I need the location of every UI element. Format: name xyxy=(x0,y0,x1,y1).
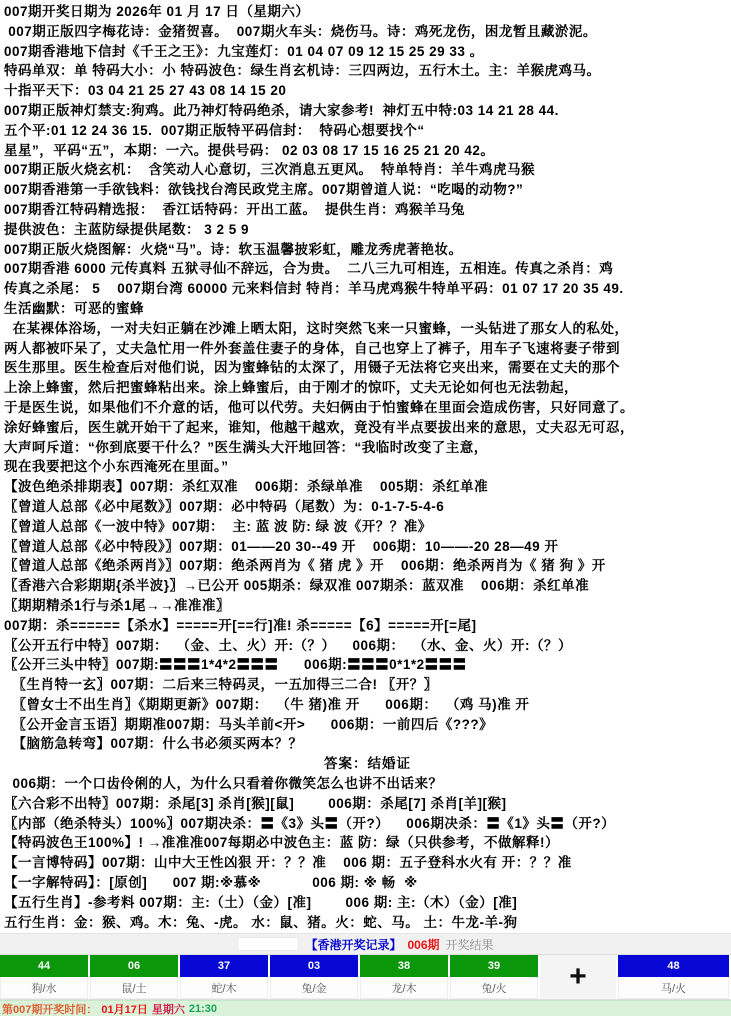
text-line: 星星”，平码“五”，本期：一六。提供号码： 02 03 08 17 15 16 … xyxy=(4,141,731,161)
ball-zodiac-element: 龙/木 xyxy=(360,977,448,999)
result-ball: 48马/火 xyxy=(618,955,731,999)
ball-number: 06 xyxy=(90,955,178,977)
ball-number: 38 xyxy=(360,955,448,977)
text-line: 【一字解特码】：[原创] 007 期:※慕※ 006 期: ※ 畅 ※ xyxy=(4,873,731,893)
text-line: 〖曾道人总部《一波中特》007期： 主: 蓝 波 防: 绿 波《开？？准》 xyxy=(4,517,731,537)
text-line: 007期正版神灯禁支:狗鸡。此乃神灯特码绝杀，请大家参考! 神灯五中特:03 1… xyxy=(4,101,731,121)
text-line: 007期正版四字梅花诗：金猪贺喜。 007期火车头：烧伤马。诗：鸡死龙伤，困龙暂… xyxy=(4,22,731,42)
text-line: 特码单双：单 特码大小：小 特码波色：绿生肖玄机诗：三四两边，五行木土。主：羊猴… xyxy=(4,61,731,81)
text-line: 五行生肖：金：猴、鸡。木：兔、-虎。 水：鼠、猪。火：蛇、马。 土：牛龙-羊-狗 xyxy=(4,913,731,933)
text-line: 在某裸体浴场，一对夫妇正躺在沙滩上晒太阳，这时突然飞来一只蜜蜂，一头钻进了那女人… xyxy=(4,319,731,339)
text-line: 于是医生说，如果他们不介意的话，他可以代劳。夫妇俩由于怕蜜蜂在里面会造成伤害，只… xyxy=(4,398,731,418)
result-ball: 38龙/木 xyxy=(360,955,450,999)
text-line: 〖内部（绝杀特头）100%〗007期决杀：〓《3》头〓（开?） 006期决杀：〓… xyxy=(4,814,731,834)
text-line: 【特码波色王100%】! →准准准007每期必中波色主：蓝 防：绿（只供参考，不… xyxy=(4,833,731,853)
text-line: 007期正版火烧图解：火烧“马”。诗：软玉温馨披彩虹，雕龙秀虎著艳妆。 xyxy=(4,240,731,260)
text-line: 007期开奖日期为 2026年 01 月 17 日（星期六） xyxy=(4,2,731,22)
result-ball: 37蛇/木 xyxy=(180,955,270,999)
text-line: 【脑筋急转弯】007期：什么书必须买两本？？ xyxy=(4,734,731,754)
text-line: 〖曾道人总部《必中特段》〗007期：01——20 30--49 开 006期：1… xyxy=(4,537,731,557)
text-line: 007期香港地下信封《千王之王》：九宝莲灯：01 04 07 09 12 15 … xyxy=(4,42,731,62)
lottery-tips-text: 007期开奖日期为 2026年 01 月 17 日（星期六） 007期正版四字梅… xyxy=(0,0,731,933)
record-issue: 006期 xyxy=(407,936,439,953)
text-line: 答案：结婚证 xyxy=(4,754,731,774)
result-ball: 44狗/水 xyxy=(0,955,90,999)
text-line: 上涂上蜂蜜，然后把蜜蜂粘出来。涂上蜂蜜后，由于刚才的惊吓，丈夫无论如何也无法勃起… xyxy=(4,378,731,398)
next-draw-prefix: 第007期开奖时间： xyxy=(2,1001,97,1016)
next-draw-date: 01月17日 xyxy=(101,1001,147,1016)
text-line: 医生那里。医生检查后对他们说，因为蜜蜂钻的太深了，用镊子无法将它夹出来，需要在丈… xyxy=(4,358,731,378)
next-draw-footer: 第007期开奖时间： 01月17日 星期六 21:30 xyxy=(0,1000,731,1016)
result-ball: 39兔/火 xyxy=(450,955,540,999)
text-line: 〖公开金言玉语〗期期准007期：马头羊前<开> 006期：一前四后《???》 xyxy=(4,715,731,735)
text-line: 【五行生肖】-参考料 007期：主:（土）（金）[准] 006 期: 主:（木）… xyxy=(4,893,731,913)
plus-icon: + xyxy=(540,955,618,999)
text-line: 大声呵斥道：“你到底要干什么？”医生满头大汗地回答：“我临时改变了主意， xyxy=(4,438,731,458)
result-ball: 03兔/金 xyxy=(270,955,360,999)
ball-zodiac-element: 鼠/土 xyxy=(90,977,178,999)
text-line: 007期香港 6000 元传真料 五狱寻仙不辞远，合为贵。 二八三九可相连，五相… xyxy=(4,259,731,279)
text-line: 〖香港六合彩期期{杀半波}〗→已公开 005期杀：绿双准 007期杀：蓝双准 0… xyxy=(4,576,731,596)
result-ball: 06鼠/土 xyxy=(90,955,180,999)
ball-number: 44 xyxy=(0,955,88,977)
draw-results-row: 44狗/水06鼠/土37蛇/木03兔/金38龙/木39兔/火+48马/火 xyxy=(0,954,731,1000)
ball-zodiac-element: 狗/水 xyxy=(0,977,88,999)
text-line: 【波色绝杀排期表】007期：杀红双准 006期：杀绿单准 005期：杀红单准 xyxy=(4,477,731,497)
text-line: 007期正版火烧玄机： 含笑动人心意切，三次消息五更风。 特单特肖：羊牛鸡虎马猴 xyxy=(4,160,731,180)
ball-number: 48 xyxy=(618,955,729,977)
text-line: 〖生肖特一玄〗007期：二后来三特码灵，一五加得三二合! 〖开？〗 xyxy=(4,675,731,695)
text-line: 〖公开三头中特〗007期:〓〓〓1*4*2〓〓〓 006期:〓〓〓0*1*2〓〓… xyxy=(4,655,731,675)
text-line: 生活幽默：可恶的蜜蜂 xyxy=(4,299,731,319)
ball-number: 37 xyxy=(180,955,268,977)
ball-zodiac-element: 兔/火 xyxy=(450,977,538,999)
text-line: 〖六合彩不出特〗007期：杀尾[3] 杀肖[猴][鼠] 006期：杀尾[7] 杀… xyxy=(4,794,731,814)
ball-zodiac-element: 兔/金 xyxy=(270,977,358,999)
text-line: 007期香江特码精选报： 香江话特码：开出工蓝。 提供生肖：鸡猴羊马兔 xyxy=(4,200,731,220)
text-line: 〖曾道人总部《绝杀两肖》〗007期：绝杀两肖为《 猪 虎 》开 006期：绝杀两… xyxy=(4,556,731,576)
text-line: 【一言博特码】007期：山中大王性凶狠 开：？？准 006 期：五子登科水火有 … xyxy=(4,853,731,873)
text-line: 涂好蜂蜜后，医生就开始干了起来，谁知，他越干越欢，竟没有半点要拔出来的意思，丈夫… xyxy=(4,418,731,438)
text-line: 007期：杀======【杀水】=====开[==行]准! 杀=====【6】=… xyxy=(4,616,731,636)
ball-zodiac-element: 蛇/木 xyxy=(180,977,268,999)
text-line: 〖曾道人总部《必中尾数》〗007期：必中特码（尾数）为：0-1-7-5-4-6 xyxy=(4,497,731,517)
text-line: 现在我要把这个小东西淹死在里面。” xyxy=(4,457,731,477)
text-line: 006期：一个口齿伶俐的人，为什么只看着你微笑怎么也讲不出话来？ xyxy=(4,774,731,794)
text-line: 〖公开五行中特〗007期： （金、土、火）开:（？） 006期： （水、金、火）… xyxy=(4,636,731,656)
ball-number: 39 xyxy=(450,955,538,977)
text-line: 提供波色：主蓝防绿提供尾数： 3 2 5 9 xyxy=(4,220,731,240)
text-line: 传真之杀尾： 5 007期台湾 60000 元来料信封 特肖：羊马虎鸡猴牛特单平… xyxy=(4,279,731,299)
record-suffix: 开奖结果 xyxy=(446,936,494,953)
next-draw-weekday: 星期六 xyxy=(152,1001,185,1016)
record-input-box[interactable] xyxy=(237,937,299,951)
text-line: 〖期期精杀1行与杀1尾→→准准准〗 xyxy=(4,596,731,616)
text-line: 两人都被吓呆了，丈夫急忙用一件外套盖住妻子的身体，自己也穿上了裤子，用车子飞速将… xyxy=(4,339,731,359)
record-title-link[interactable]: 【香港开奖记录】 xyxy=(305,936,401,953)
text-line: 007期香港第一手欲钱料：欲钱找台湾民政党主席。007期曾道人说：“吃喝的动物?… xyxy=(4,180,731,200)
text-line: 〖曾女士不出生肖〗《期期更新》007期： （牛 猪)准 开 006期： （鸡 马… xyxy=(4,695,731,715)
ball-number: 03 xyxy=(270,955,358,977)
text-line: 五个平:01 12 24 36 15. 007期正版特平码信封： 特码心想要找个… xyxy=(4,121,731,141)
draw-record-bar: 【香港开奖记录】 006期 开奖结果 xyxy=(0,933,731,954)
ball-zodiac-element: 马/火 xyxy=(618,977,729,999)
text-line: 十指平天下：03 04 21 25 27 43 08 14 15 20 xyxy=(4,81,731,101)
next-draw-time: 21:30 xyxy=(189,1003,217,1015)
